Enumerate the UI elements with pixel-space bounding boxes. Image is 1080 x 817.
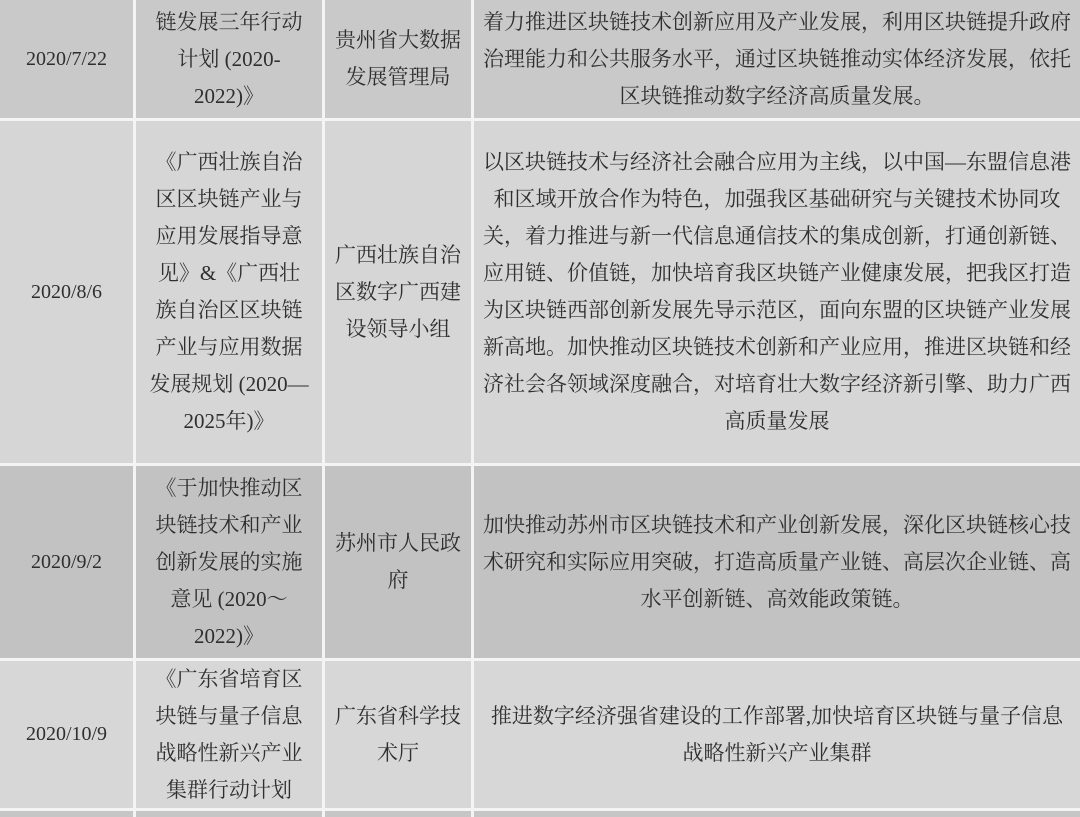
table-row: 2020/9/2 《于加快推动区块链技术和产业创新发展的实施意见 (2020～2… [0,466,1080,661]
date-cell: 2020/9/2 [0,466,136,658]
agency-cell [325,811,474,817]
agency-cell: 贵州省大数据发展管理局 [325,0,474,118]
date-cell: 2020/10/9 [0,661,136,808]
table-row: 2020/10/9 《广东省培育区块链与量子信息战略性新兴产业集群行动计划 广东… [0,661,1080,811]
policy-name-cell: 《广西壮族自治区区块链产业与应用发展指导意见》&《广西壮族自治区区块链产业与应用… [136,121,325,463]
description-cell [474,811,1080,817]
table-row: 2020/8/6 《广西壮族自治区区块链产业与应用发展指导意见》&《广西壮族自治… [0,121,1080,466]
description-cell: 加快推动苏州市区块链技术和产业创新发展，深化区块链核心技术研究和实际应用突破，打… [474,466,1080,658]
policy-name-cell: 《于加快推动区块链技术和产业创新发展的实施意见 (2020～2022)》 [136,466,325,658]
date-cell: 2020/8/6 [0,121,136,463]
description-cell: 以区块链技术与经济社会融合应用为主线，以中国—东盟信息港和区域开放合作为特色，加… [474,121,1080,463]
policy-name-cell: 链发展三年行动计划 (2020-2022)》 [136,0,325,118]
description-cell: 着力推进区块链技术创新应用及产业发展，利用区块链提升政府治理能力和公共服务水平，… [474,0,1080,118]
policy-name-cell: 《广东省培育区块链与量子信息战略性新兴产业集群行动计划 [136,661,325,808]
description-cell: 推进数字经济强省建设的工作部署,加快培育区块链与量子信息战略性新兴产业集群 [474,661,1080,808]
clipped-next-row [0,811,1080,817]
policy-table: 2020/7/22 链发展三年行动计划 (2020-2022)》 贵州省大数据发… [0,0,1080,817]
date-cell: 2020/7/22 [0,0,136,118]
date-cell [0,811,136,817]
agency-cell: 广西壮族自治区数字广西建设领导小组 [325,121,474,463]
agency-cell: 广东省科学技术厅 [325,661,474,808]
agency-cell: 苏州市人民政府 [325,466,474,658]
policy-name-cell [136,811,325,817]
table-row: 2020/7/22 链发展三年行动计划 (2020-2022)》 贵州省大数据发… [0,0,1080,121]
